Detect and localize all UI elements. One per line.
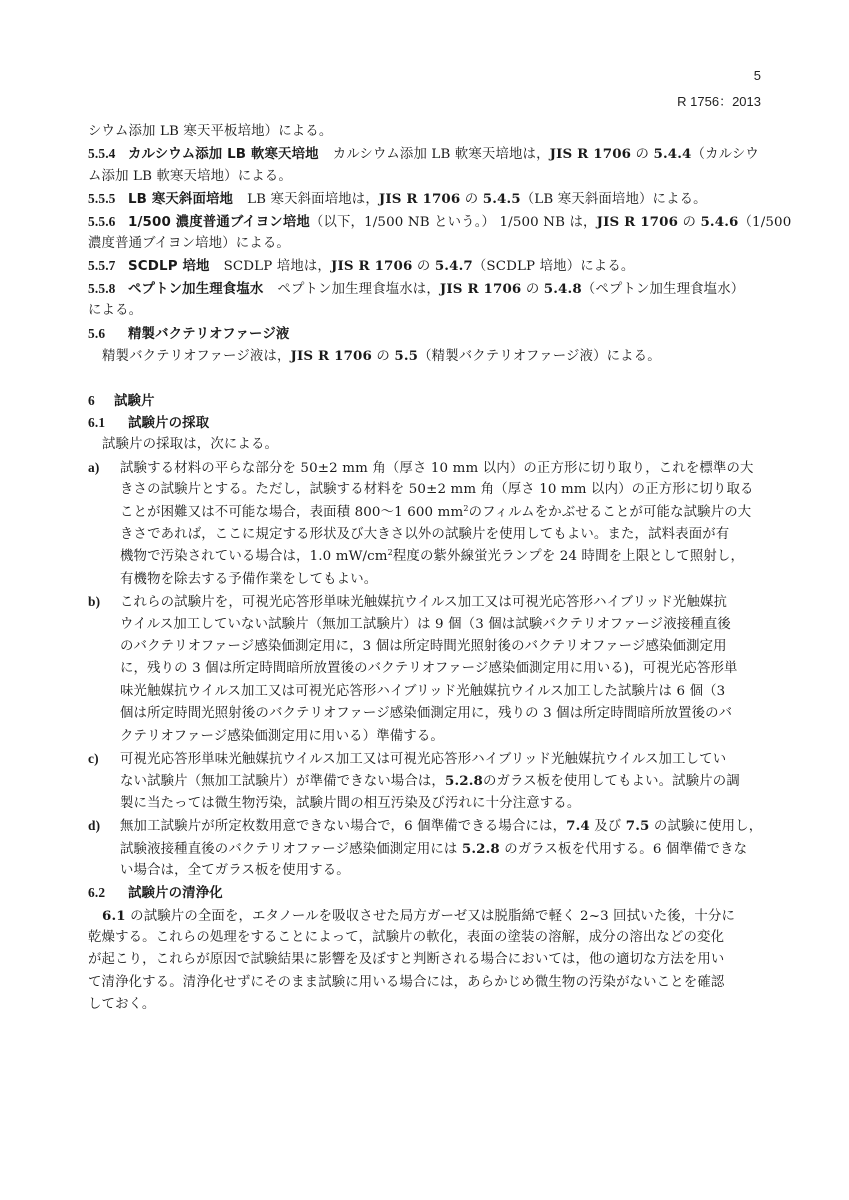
clause-number: 5.6	[88, 323, 128, 345]
clause-text: （ペプトン加生理食塩水）	[582, 282, 745, 297]
ref-standard: JIS R 1706	[550, 146, 632, 162]
ref-standard: JIS R 1706	[291, 348, 373, 364]
ref-standard: JIS R 1706	[597, 214, 679, 230]
item-text: きさであれば，ここに規定する形状及び大きさ以外の試験片を使用してもよい。また，試…	[88, 524, 764, 546]
clause-5-5-3-tail: シウム添加 LB 寒天平板培地）による。	[88, 121, 764, 143]
text: 無加工試験片が所定枚数用意できない場合で，6 個準備できる場合には，	[120, 819, 566, 834]
ref-clause: 6.1	[102, 908, 126, 924]
clause-title: 試験片の採取	[128, 416, 209, 431]
list-item-d: d)無加工試験片が所定枚数用意できない場合で，6 個準備できる場合には，7.4 …	[88, 815, 764, 837]
clause-text: SCDLP 培地は，	[224, 259, 331, 274]
clause-6-2-text: 6.1 の試験片の全面を，エタノールを吸収させた局方ガーゼ又は脱脂綿で軽く 2~…	[88, 905, 764, 927]
paragraph-line: が起こり，これらが原因で試験結果に影響を及ぼすと判断される場合においては，他の適…	[88, 949, 764, 971]
text: ない試験片（無加工試験片）が準備できない場合は，	[120, 774, 445, 789]
clause-number: 5.5.5	[88, 188, 128, 210]
clause-number: 5.5.4	[88, 143, 128, 165]
text: のフィルムをかぶせることが可能な試験片の大	[469, 505, 752, 520]
item-text: に，残りの 3 個は所定時間暗所放置後のバクテリオファージ感染価測定用に用いる)…	[88, 658, 764, 680]
standard-number: R 1756：2013	[677, 91, 761, 110]
text: 及び	[590, 819, 626, 834]
text: の	[678, 215, 700, 230]
text: ことが困難又は不可能な場合，表面積 800～1 600 mm	[120, 505, 463, 520]
clause-5-5-6: 5.5.61/500 濃度普通ブイヨン培地（以下，1/500 NB という。） …	[88, 211, 764, 233]
ref-clause: 5.2.8	[445, 773, 483, 789]
ref-clause: 5.4.6	[700, 214, 738, 230]
item-text: 有機物を除去する予備作業をしてもよい。	[88, 569, 764, 591]
ref-clause: 5.2.8	[462, 841, 500, 857]
clause-5-6-heading: 5.6精製バクテリオファージ液	[88, 323, 764, 345]
section-title: 試験片	[114, 394, 155, 409]
text: の	[521, 282, 543, 297]
text: のガラス板を代用する。6 個準備できな	[500, 842, 747, 857]
page-number: 5	[754, 68, 761, 83]
clause-6-2-heading: 6.2試験片の清浄化	[88, 882, 764, 904]
text: の	[372, 349, 394, 364]
item-text: クテリオファージ感染価測定用に用いる）準備する。	[88, 726, 764, 748]
list-item-c: c)可視光応答形単味光触媒抗ウイルス加工又は可視光応答形ハイブリッド光触媒抗ウイ…	[88, 748, 764, 770]
paragraph-line: 乾燥する。これらの処理をすることによって，試験片の軟化，表面の塗装の溶解，成分の…	[88, 927, 764, 949]
ref-clause: 5.4.8	[544, 281, 582, 297]
clause-5-5-4: 5.5.4カルシウム添加 LB 軟寒天培地カルシウム添加 LB 軟寒天培地は，J…	[88, 143, 764, 165]
clause-6-1-intro: 試験片の採取は，次による。	[88, 434, 764, 456]
clause-5-5-8: 5.5.8ペプトン加生理食塩水ペプトン加生理食塩水は，JIS R 1706 の …	[88, 278, 764, 300]
text: のガラス板を使用してもよい。試験片の調	[483, 774, 740, 789]
text: 程度の紫外線蛍光ランプを 24 時間を上限として照射し，	[393, 549, 744, 564]
item-label: a)	[88, 457, 120, 479]
ref-standard: JIS R 1706	[379, 191, 461, 207]
item-label: b)	[88, 591, 120, 613]
clause-title: LB 寒天斜面培地	[128, 192, 233, 207]
text: の試験片の全面を，エタノールを吸収させた局方ガーゼ又は脱脂綿で軽く 2~3 回拭…	[126, 909, 735, 924]
item-text: 可視光応答形単味光触媒抗ウイルス加工又は可視光応答形ハイブリッド光触媒抗ウイルス…	[120, 752, 726, 767]
clause-title: カルシウム添加 LB 軟寒天培地	[128, 147, 319, 162]
list-item-a: a)試験する材料の平らな部分を 50±2 mm 角（厚さ 10 mm 以内）の正…	[88, 457, 764, 479]
item-label: d)	[88, 815, 120, 837]
text: の	[631, 147, 653, 162]
ref-clause: 7.4	[566, 818, 590, 834]
item-text: 個は所定時間光照射後のバクテリオファージ感染価測定用に，残りの 3 個は所定時間…	[88, 703, 764, 725]
clause-5-5-4-line2: ム添加 LB 軟寒天培地）による。	[88, 166, 764, 188]
clause-5-5-6-line2: 濃度普通ブイヨン培地）による。	[88, 233, 764, 255]
clause-text: （LB 寒天斜面培地）による。	[521, 192, 707, 207]
clause-text: ペプトン加生理食塩水は，	[277, 282, 440, 297]
paragraph-line: しておく。	[88, 994, 764, 1016]
clause-5-5-5: 5.5.5LB 寒天斜面培地LB 寒天斜面培地は，JIS R 1706 の 5.…	[88, 188, 764, 210]
clause-text: （SCDLP 培地）による。	[473, 259, 635, 274]
clause-text: 精製バクテリオファージ液は，	[102, 349, 291, 364]
ref-standard: JIS R 1706	[331, 258, 413, 274]
clause-title: 1/500 濃度普通ブイヨン培地	[128, 215, 310, 230]
clause-text: カルシウム添加 LB 軟寒天培地は，	[333, 147, 550, 162]
item-text: い場合は，全てガラス板を使用する。	[88, 860, 764, 882]
ref-standard: JIS R 1706	[440, 281, 522, 297]
item-text: これらの試験片を，可視光応答形単味光触媒抗ウイルス加工又は可視光応答形ハイブリッ…	[120, 595, 727, 610]
clause-number: 5.5.6	[88, 211, 128, 233]
ref-clause: 7.5	[626, 818, 650, 834]
section-6-heading: 6試験片	[88, 390, 764, 412]
clause-text: LB 寒天斜面培地は，	[247, 192, 379, 207]
text: の	[460, 192, 482, 207]
text: の試験に使用し，	[650, 819, 763, 834]
ref-clause: 5.4.7	[435, 258, 473, 274]
text: の	[412, 259, 434, 274]
item-text: のバクテリオファージ感染価測定用に，3 個は所定時間光照射後のバクテリオファージ…	[88, 636, 764, 658]
clause-text: （カルシウ	[692, 147, 759, 162]
text: 機物で汚染されている場合は，1.0 mW/cm	[120, 549, 388, 564]
clause-number: 6.2	[88, 882, 128, 904]
clause-title: ペプトン加生理食塩水	[128, 282, 263, 297]
paragraph-line: て清浄化する。清浄化せずにそのまま試験に用いる場合には，あらかじめ微生物の汚染が…	[88, 972, 764, 994]
clause-number: 6.1	[88, 412, 128, 434]
clause-number: 5.5.8	[88, 278, 128, 300]
ref-clause: 5.4.4	[654, 146, 692, 162]
text: 試験液接種直後のバクテリオファージ感染価測定用には	[120, 842, 462, 857]
clause-5-5-8-line2: による。	[88, 300, 764, 322]
ref-clause: 5.4.5	[483, 191, 521, 207]
item-label: c)	[88, 748, 120, 770]
clause-title: SCDLP 培地	[128, 259, 210, 274]
document-body: シウム添加 LB 寒天平板培地）による。 5.5.4カルシウム添加 LB 軟寒天…	[88, 121, 764, 1017]
section-number: 6	[88, 390, 114, 412]
item-text: きさの試験片とする。ただし，試験する材料を 50±2 mm 角（厚さ 10 mm…	[88, 479, 764, 501]
clause-title: 試験片の清浄化	[128, 886, 223, 901]
item-text: ウイルス加工していない試験片（無加工試験片）は 9 個（3 個は試験バクテリオフ…	[88, 614, 764, 636]
clause-5-5-7: 5.5.7SCDLP 培地SCDLP 培地は，JIS R 1706 の 5.4.…	[88, 255, 764, 277]
clause-6-1-heading: 6.1試験片の採取	[88, 412, 764, 434]
clause-text: （1/500	[738, 215, 791, 230]
item-text: 製に当たっては微生物汚染，試験片間の相互汚染及び汚れに十分注意する。	[88, 793, 764, 815]
item-text: 味光触媒抗ウイルス加工又は可視光応答形ハイブリッド光触媒抗ウイルス加工した試験片…	[88, 681, 764, 703]
ref-clause: 5.5	[394, 348, 418, 364]
item-text: 機物で汚染されている場合は，1.0 mW/cm2程度の紫外線蛍光ランプを 24 …	[88, 546, 764, 568]
list-item-b: b)これらの試験片を，可視光応答形単味光触媒抗ウイルス加工又は可視光応答形ハイブ…	[88, 591, 764, 613]
clause-text: （以下，1/500 NB という。） 1/500 NB は，	[310, 215, 597, 230]
clause-title: 精製バクテリオファージ液	[128, 327, 289, 342]
item-text: 試験する材料の平らな部分を 50±2 mm 角（厚さ 10 mm 以内）の正方形…	[120, 461, 754, 476]
clause-text: （精製バクテリオファージ液）による。	[418, 349, 661, 364]
item-text: ない試験片（無加工試験片）が準備できない場合は，5.2.8のガラス板を使用しても…	[88, 770, 764, 792]
item-text: 試験液接種直後のバクテリオファージ感染価測定用には 5.2.8 のガラス板を代用…	[88, 838, 764, 860]
clause-5-6-text: 精製バクテリオファージ液は，JIS R 1706 の 5.5（精製バクテリオファ…	[88, 345, 764, 367]
item-text: ことが困難又は不可能な場合，表面積 800～1 600 mm2のフィルムをかぶせ…	[88, 502, 764, 524]
clause-number: 5.5.7	[88, 255, 128, 277]
